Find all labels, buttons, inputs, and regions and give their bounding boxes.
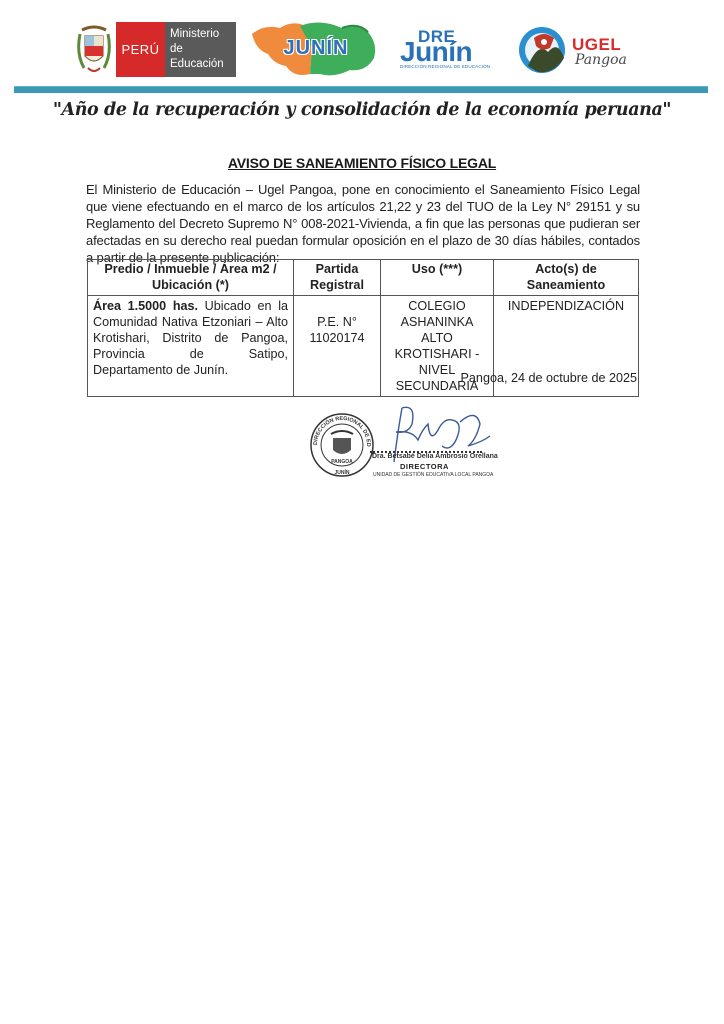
header-partida: Partida Registral — [294, 260, 381, 296]
official-seal-icon: PANGOA JUNÍN DIRECCIÓN REGIONAL DE EDUCA… — [309, 412, 375, 478]
signer-name: Dra. Betsabé Delia Ambrosio Orellana — [372, 453, 498, 460]
document-title: AVISO DE SANEAMIENTO FÍSICO LEGAL — [0, 155, 724, 171]
dre-logo-subtitle: DIRECCIÓN REGIONAL DE EDUCACIÓN — [400, 64, 490, 69]
minedu-brand-box: Ministerio de Educación — [165, 22, 236, 77]
peru-label: PERÚ — [121, 42, 159, 57]
header-divider-bar — [14, 86, 708, 93]
date-line: Pangoa, 24 de octubre de 2025 — [400, 371, 637, 385]
signer-role: DIRECTORA — [400, 462, 449, 471]
year-motto: "Año de la recuperación y consolidación … — [0, 100, 724, 120]
header-acto: Acto(s) de Saneamiento — [494, 260, 639, 296]
cell-predio: Área 1.5000 has. Ubicado en la Comunidad… — [88, 296, 294, 397]
intro-paragraph: El Ministerio de Educación – Ugel Pangoa… — [86, 181, 640, 266]
dre-logo-main: Junín — [400, 38, 472, 66]
signer-unit: UNIDAD DE GESTIÓN EDUCATIVA LOCAL PANGOA — [373, 472, 493, 478]
junin-logo-text: JUNÍN — [276, 37, 356, 60]
coat-of-arms-icon — [76, 24, 112, 76]
peru-brand-box: PERÚ — [116, 22, 165, 77]
header-uso: Uso (***) — [381, 260, 494, 296]
ugel-logo-subtitle: Pangoa — [575, 52, 627, 68]
minedu-line-1: Ministerio — [170, 27, 236, 42]
header-predio: Predio / Inmueble / Área m2 / Ubicación … — [88, 260, 294, 296]
minedu-line-2: de Educación — [170, 42, 236, 72]
predio-area: Área 1.5000 has. — [93, 299, 198, 313]
table-header-row: Predio / Inmueble / Área m2 / Ubicación … — [88, 260, 639, 296]
svg-text:JUNÍN: JUNÍN — [334, 468, 349, 476]
partida-value: P.E. N° 11020174 — [299, 298, 375, 346]
svg-text:PANGOA: PANGOA — [331, 459, 353, 465]
cell-partida: P.E. N° 11020174 — [294, 296, 381, 397]
ugel-emblem-icon — [518, 22, 570, 78]
